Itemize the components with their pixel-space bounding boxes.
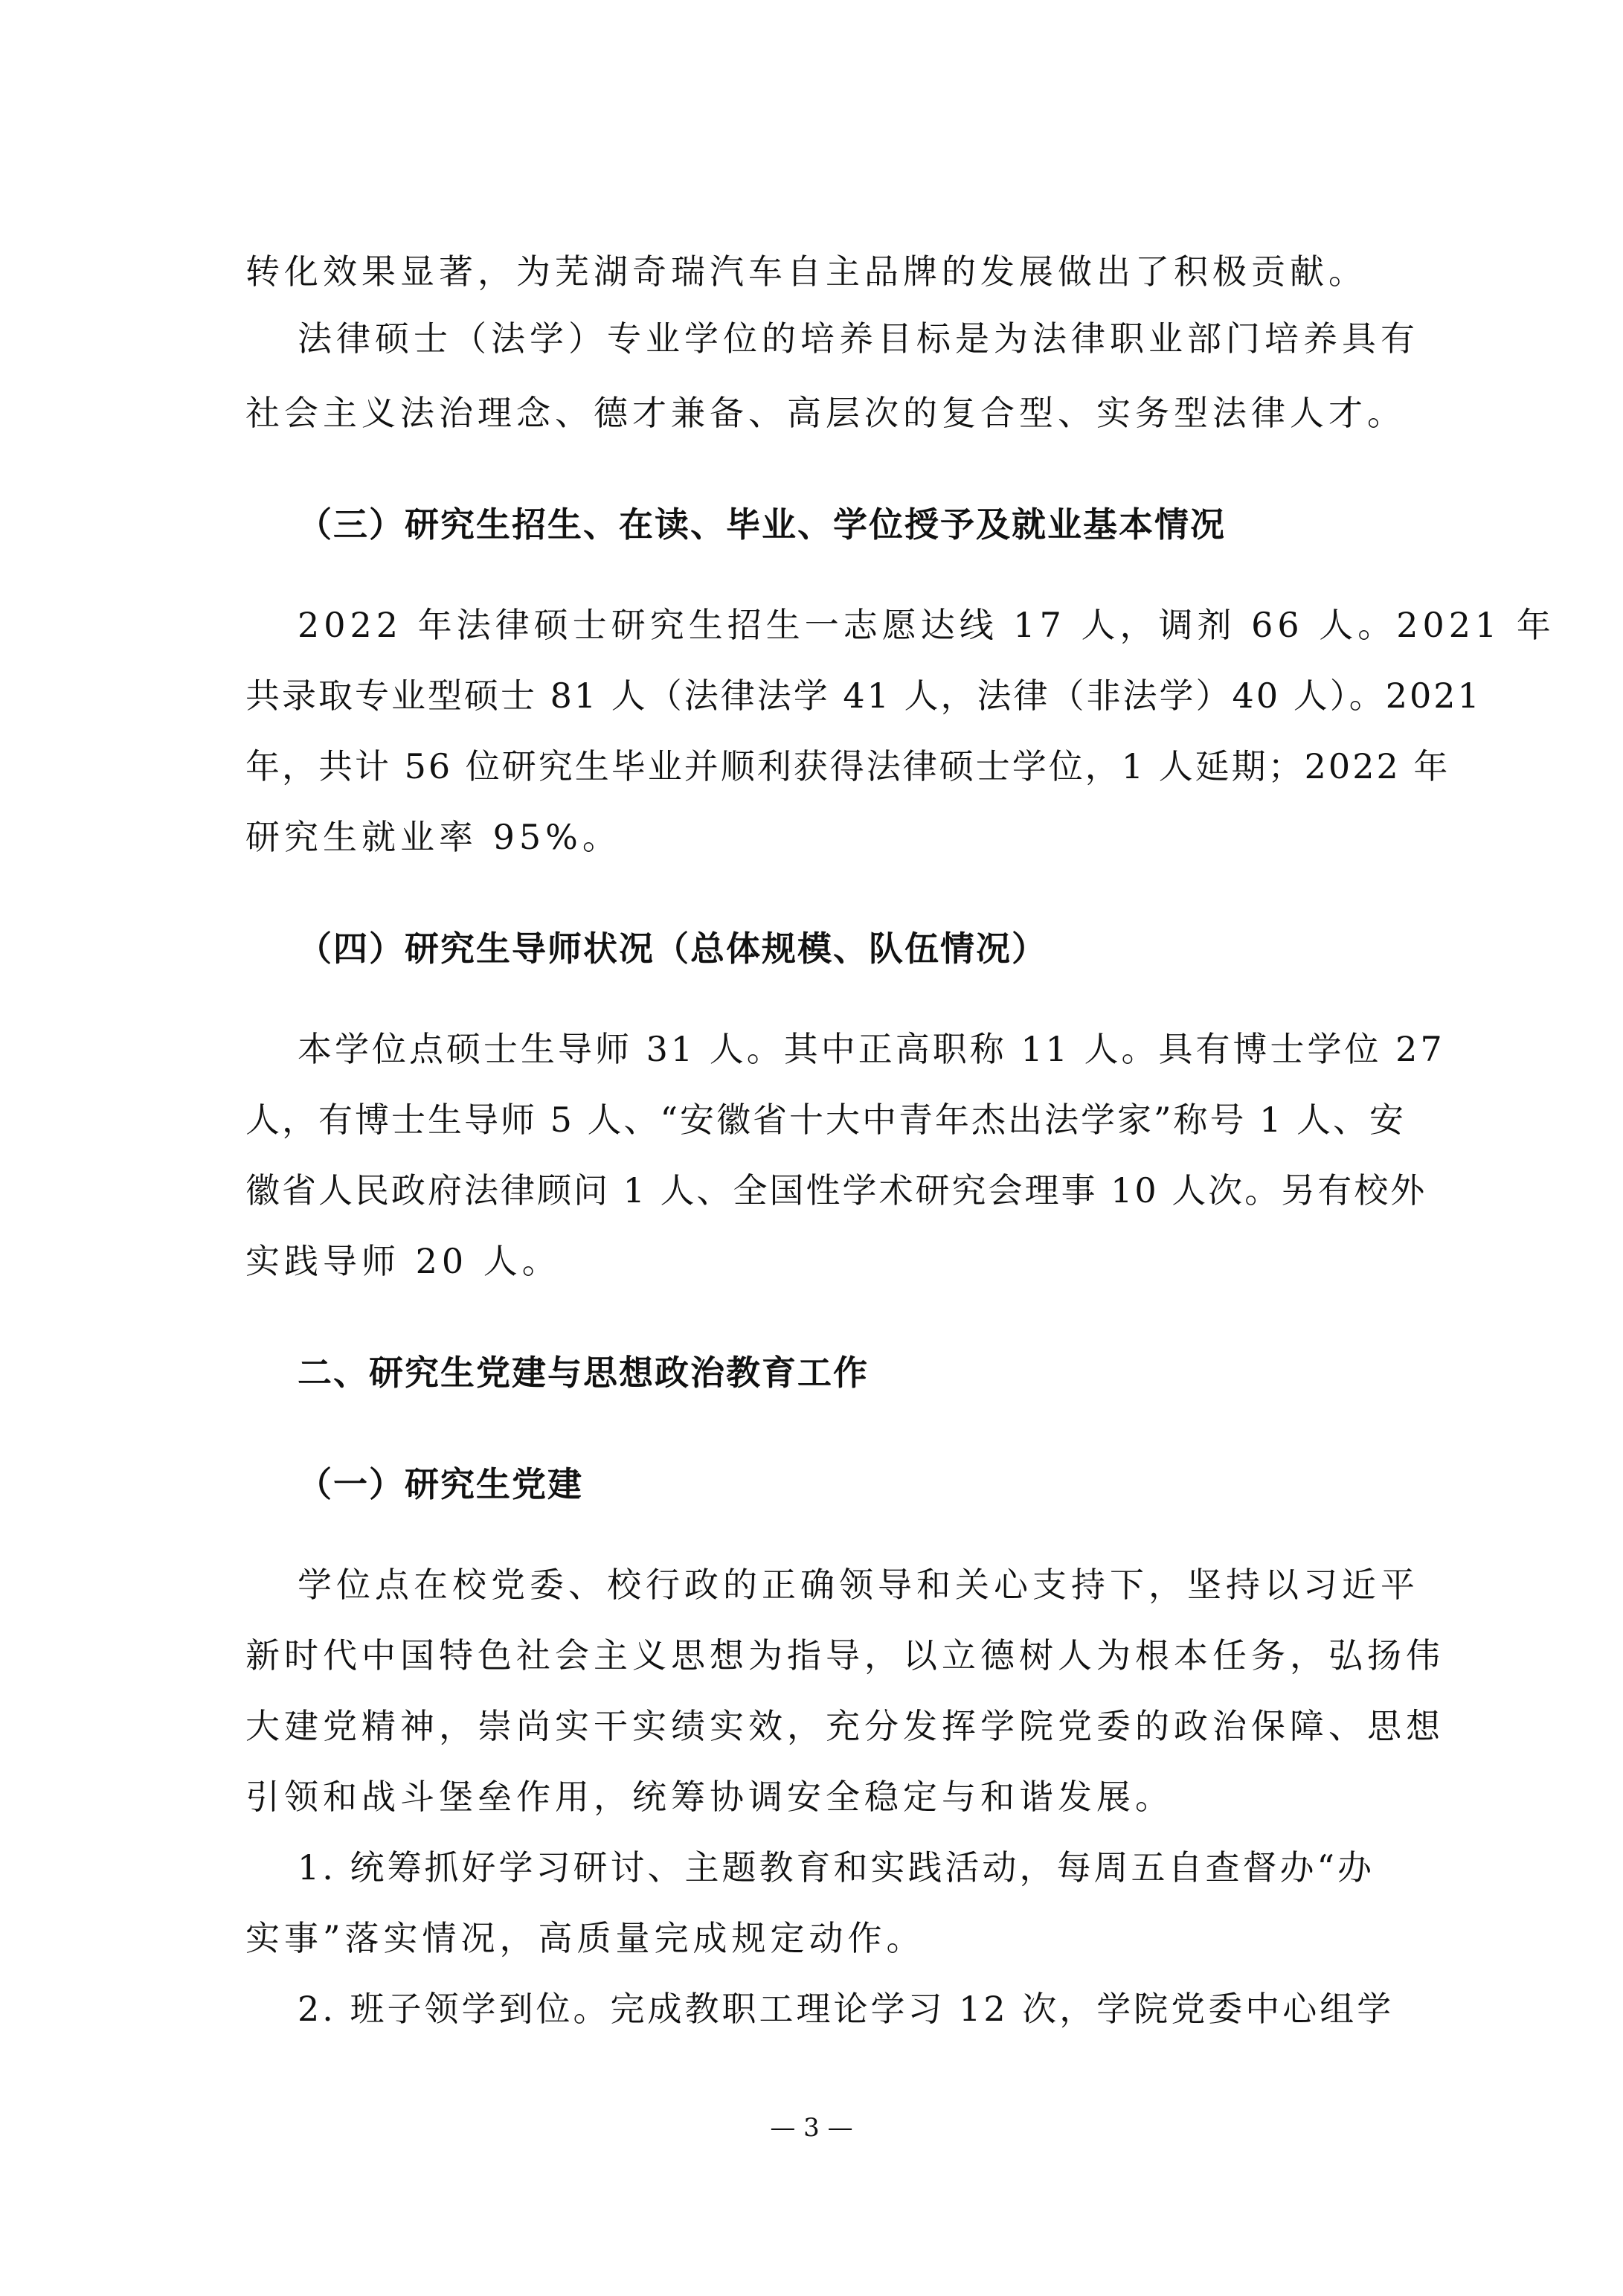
document-page: 转化效果显著，为芜湖奇瑞汽车自主品牌的发展做出了积极贡献。 法律硕士（法学）专业… — [0, 0, 1623, 2296]
body-text-line: 大建党精神，崇尚实干实绩实效，充分发挥学院党委的政治保障、思想 — [245, 1704, 1428, 1748]
body-text-line: 新时代中国特色社会主义思想为指导，以立德树人为根本任务，弘扬伟 — [245, 1633, 1428, 1678]
section-heading: （三）研究生招生、在读、毕业、学位授予及就业基本情况 — [298, 502, 1428, 547]
body-text-line: 共录取专业型硕士 81 人（法律法学 41 人，法律（非法学）40 人）。202… — [245, 673, 1428, 718]
body-text-line: 学位点在校党委、校行政的正确领导和关心支持下，坚持以习近平 — [298, 1562, 1428, 1607]
chapter-heading: 二、研究生党建与思想政治教育工作 — [298, 1350, 1428, 1395]
section-heading: （四）研究生导师状况（总体规模、队伍情况） — [298, 926, 1428, 971]
body-text-line: 2022 年法律硕士研究生招生一志愿达线 17 人，调剂 66 人。2021 年 — [298, 603, 1428, 647]
body-text-line: 徽省人民政府法律顾问 1 人、全国性学术研究会理事 10 人次。另有校外 — [245, 1168, 1428, 1213]
list-item-text: 实事”落实情况，高质量完成规定动作。 — [245, 1916, 1428, 1960]
list-item-text: 2. 班子领学到位。完成教职工理论学习 12 次，学院党委中心组学 — [298, 1986, 1428, 2031]
body-text-line: 引领和战斗堡垒作用，统筹协调安全稳定与和谐发展。 — [245, 1774, 1428, 1819]
body-text-line: 社会主义法治理念、德才兼备、高层次的复合型、实务型法律人才。 — [245, 391, 1428, 435]
list-item-text: 1. 统筹抓好学习研讨、主题教育和实践活动，每周五自查督办“办 — [298, 1845, 1428, 1890]
body-text-line: 研究生就业率 95%。 — [245, 815, 1428, 859]
body-text-line: 法律硕士（法学）专业学位的培养目标是为法律职业部门培养具有 — [298, 316, 1428, 361]
body-text-line: 本学位点硕士生导师 31 人。其中正高职称 11 人。具有博士学位 27 — [298, 1027, 1428, 1071]
body-text-line: 转化效果显著，为芜湖奇瑞汽车自主品牌的发展做出了积极贡献。 — [245, 249, 1428, 294]
body-text-line: 人，有博士生导师 5 人、“安徽省十大中青年杰出法学家”称号 1 人、安 — [245, 1097, 1428, 1142]
body-text-line: 年，共计 56 位研究生毕业并顺利获得法律硕士学位，1 人延期；2022 年 — [245, 744, 1428, 789]
section-heading: （一）研究生党建 — [298, 1462, 1428, 1507]
page-number: — 3 — — [0, 2113, 1623, 2143]
body-text-line: 实践导师 20 人。 — [245, 1239, 1428, 1283]
